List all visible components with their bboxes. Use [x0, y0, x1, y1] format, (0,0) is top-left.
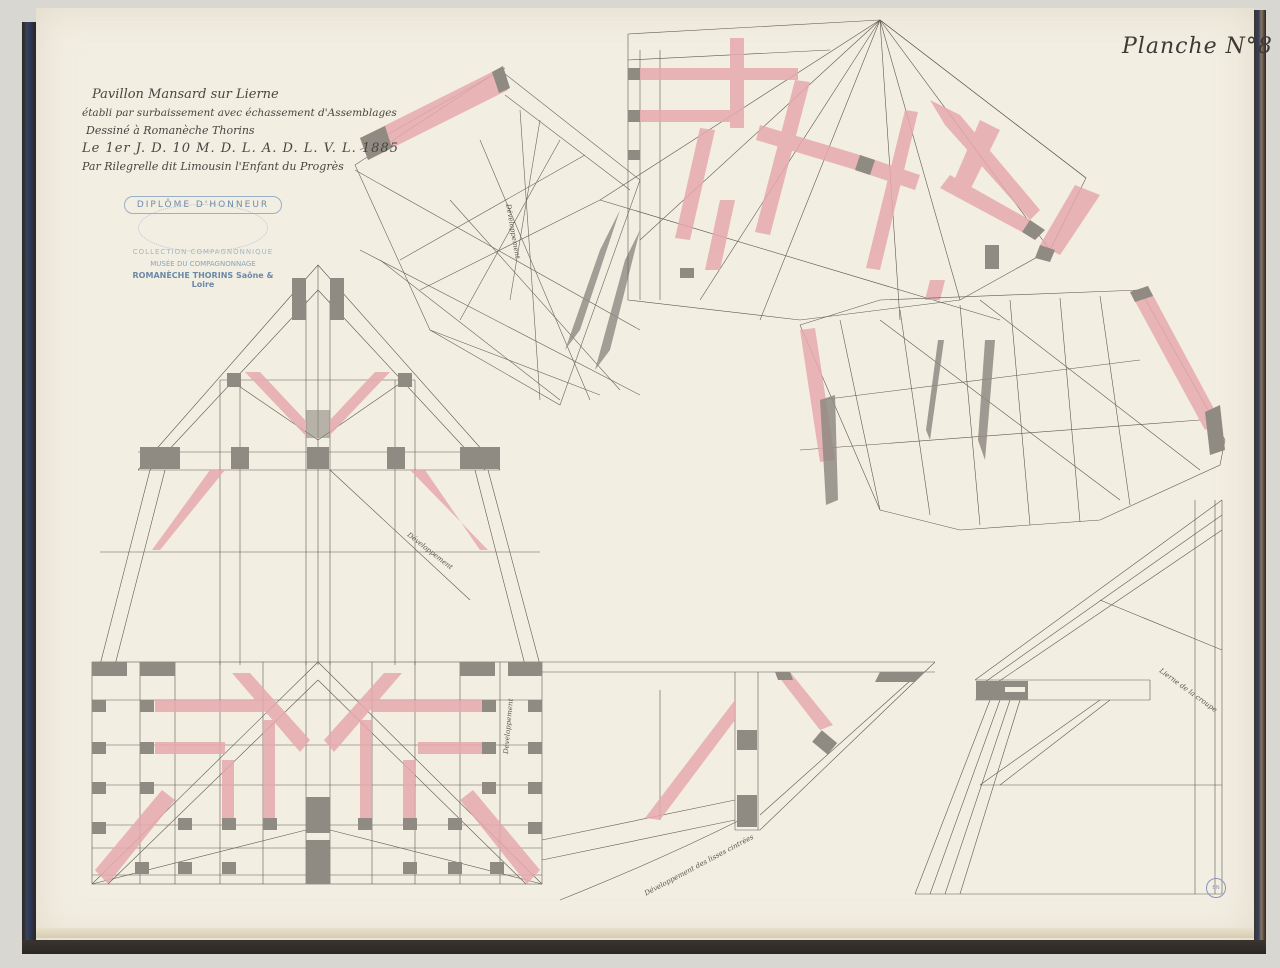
middle-section-fills — [645, 672, 925, 827]
title-line-2: établi par surbaissement avec échassemen… — [82, 104, 382, 122]
library-stamp-icon: BN — [1206, 878, 1226, 898]
pink-beam — [1130, 286, 1220, 430]
stamp-ribbon: DIPLÔME D'HONNEUR — [124, 196, 282, 214]
grey-beam-end — [1205, 405, 1225, 455]
grey-wedge — [926, 340, 944, 440]
title-line-1: Pavillon Mansard sur Lierne — [82, 86, 382, 104]
middle-section — [542, 662, 935, 900]
right-section — [915, 500, 1222, 894]
right-section-fills — [976, 681, 1028, 700]
stamp-line-3: ROMANÈCHE THORINS Saône & Loire — [128, 271, 278, 289]
title-line-4-date: Le 1er J. D. 10 M. D. L. A. D. L. V. L. … — [82, 140, 382, 158]
stamp-line-1: COLLECTION COMPAGNONNIQUE — [128, 248, 278, 256]
stamp-line-2: MUSÉE DU COMPAGNONNAGE — [128, 260, 278, 268]
title-line-5-author: Par Rilegrelle dit Limousin l'Enfant du … — [82, 158, 382, 176]
grey-wedge — [978, 340, 995, 460]
hip-roof-plan — [600, 20, 1086, 320]
title-line-3: Dessiné à Romanèche Thorins — [82, 122, 382, 140]
elevation-grey-members — [140, 278, 500, 469]
title-block: Pavillon Mansard sur Lierne établi par s… — [82, 86, 382, 176]
museum-stamp: DIPLÔME D'HONNEUR COLLECTION COMPAGNONNI… — [118, 194, 288, 290]
plate-number: Planche N°8 — [1122, 34, 1273, 59]
plan-grey-members — [92, 662, 542, 884]
